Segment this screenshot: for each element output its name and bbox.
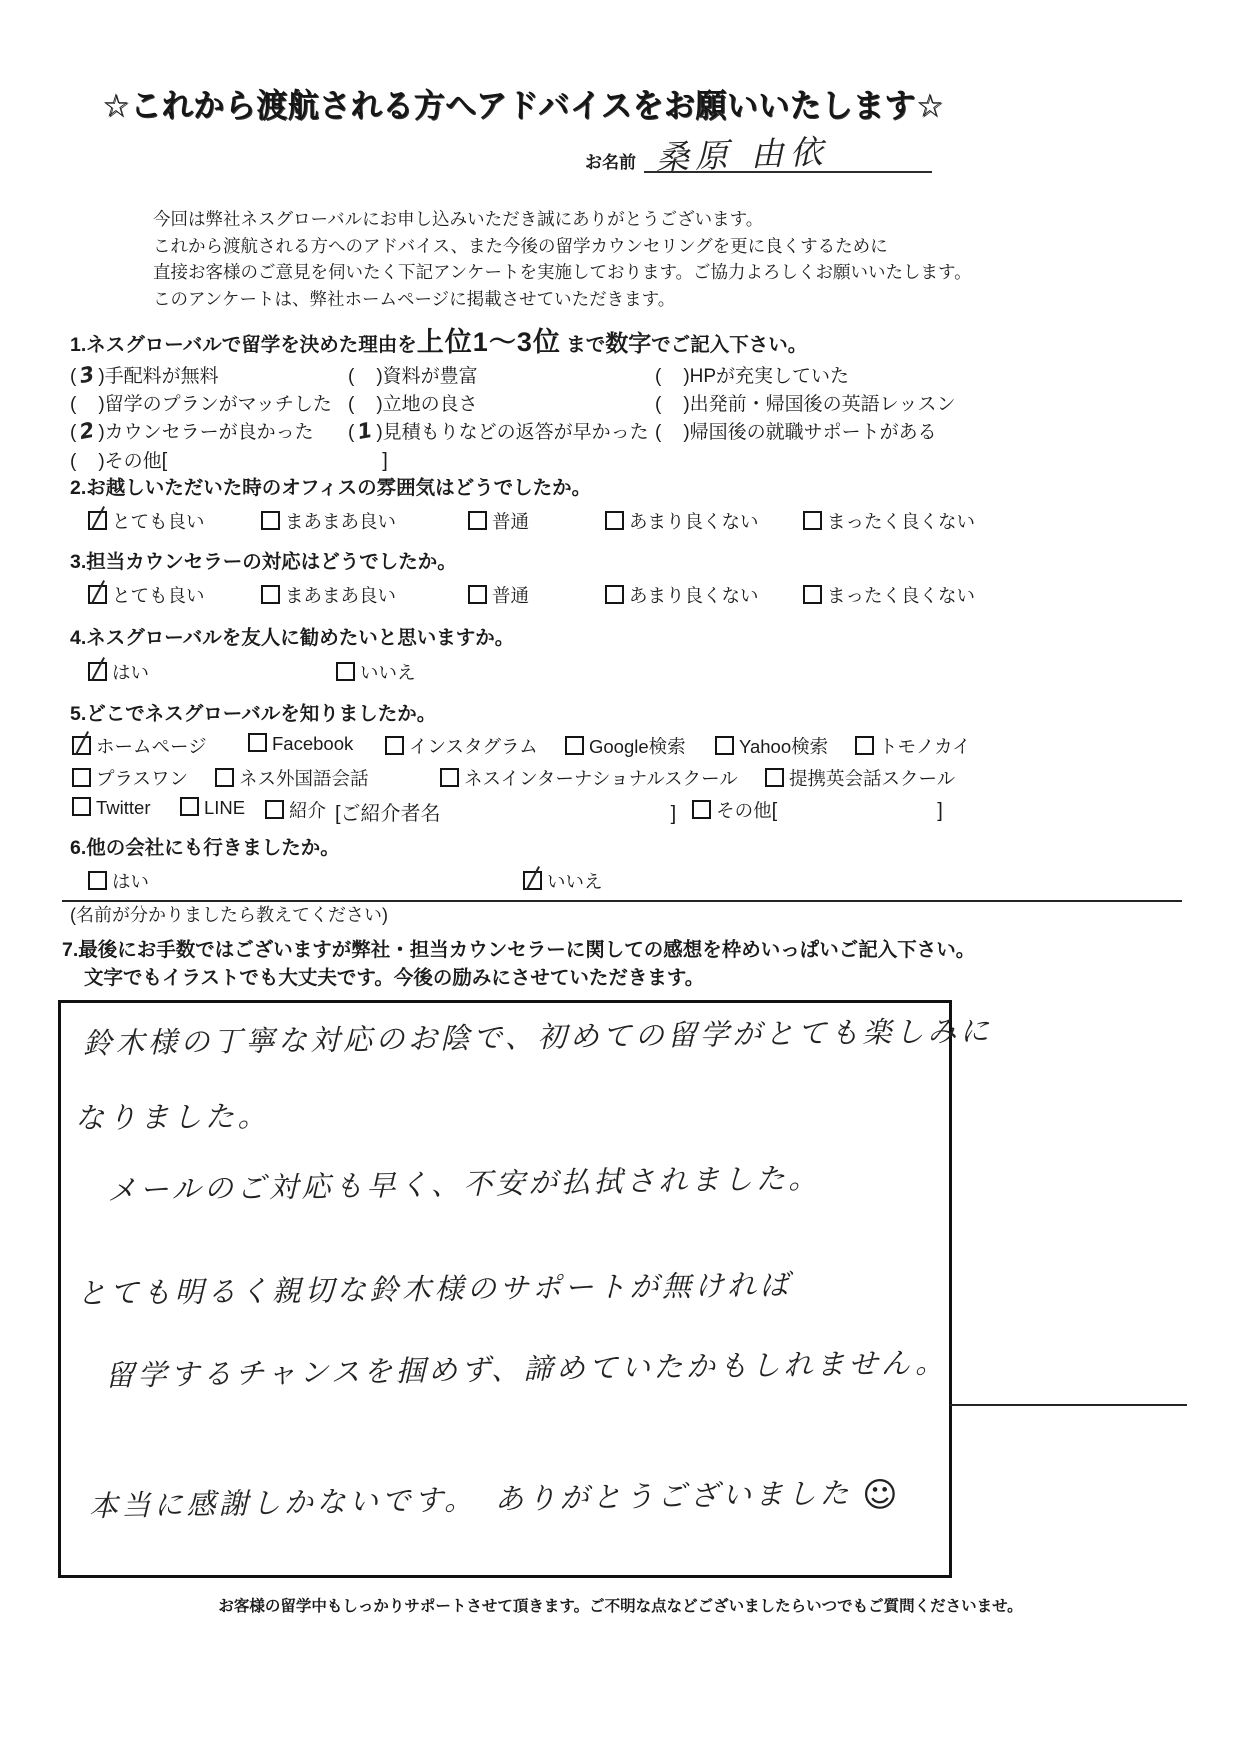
name-row: お名前桑原 由依 [585, 138, 932, 173]
intro-line: 直接お客様のご意見を伺いたく下記アンケートを実施しております。ご協力よろしくお願… [153, 259, 972, 286]
checkbox[interactable] [248, 733, 267, 752]
intro-paragraph: 今回は弊社ネスグローバルにお申し込みいただき誠にありがとうございます。 これから… [153, 206, 972, 312]
checkbox[interactable] [88, 511, 107, 530]
rank-value-input[interactable] [76, 465, 98, 469]
stray-underline [950, 1404, 1187, 1406]
name-label: お名前 [585, 153, 636, 172]
q1-option-label: カウンセラーが良かった [105, 422, 314, 443]
q1-option[interactable]: ()立地の良さ [348, 391, 655, 419]
checkbox-option[interactable]: プラスワン [72, 765, 215, 791]
company-name-input-line[interactable] [62, 900, 1182, 902]
checkbox-option[interactable]: あまり良くない [605, 582, 803, 608]
q1-row-1: (3)手配料が無料 ()資料が豊富 ()HPが充実していた [70, 363, 955, 391]
q5-row-2: プラスワン ネス外国語会話 ネスインターナショナルスクール 提携英会話スクール [70, 765, 971, 791]
checkbox-option[interactable]: まったく良くない [803, 508, 975, 534]
q1-option[interactable]: ()帰国後の就職サポートがある [655, 419, 937, 447]
q1-option[interactable]: (3)手配料が無料 [70, 363, 348, 391]
question-3: 3.担当カウンセラーの対応はどうでしたか。 とても良い まあまあ良い 普通 あま… [70, 546, 975, 608]
q1-option-label: HPが充実していた [690, 366, 849, 387]
checkbox-option[interactable]: とても良い [88, 582, 261, 608]
checkbox-option[interactable]: インスタグラム [385, 733, 565, 759]
handwritten-name: 桑原 由依 [655, 135, 829, 174]
checkbox[interactable] [88, 585, 107, 604]
question-7: 7.最後にお手数ではございますが弊社・担当カウンセラーに関しての感想を枠めいっぱ… [62, 934, 975, 990]
checkbox[interactable] [385, 736, 404, 755]
smiley-face-icon: ☺ [862, 1475, 902, 1516]
checkbox[interactable] [261, 511, 280, 530]
checkbox-option[interactable]: はい [88, 868, 523, 894]
checkbox[interactable] [715, 736, 734, 755]
intro-line: このアンケートは、弊社ホームページに掲載させていただきます。 [153, 286, 972, 313]
rank-value-input[interactable] [354, 380, 376, 384]
checkbox-option[interactable]: Twitter [72, 797, 180, 819]
survey-document: ☆これから渡航される方へアドバイスをお願いいたします☆ お名前桑原 由依 今回は… [0, 0, 1241, 1754]
checkbox[interactable] [336, 662, 355, 681]
handwritten-comment-line: 本当に感謝しかないです。 ありがとうございました☺ [89, 1474, 902, 1531]
checkbox-option[interactable]: いいえ [336, 659, 416, 685]
checkbox[interactable] [215, 768, 234, 787]
q6-note: (名前が分かりましたら教えてください) [70, 901, 603, 927]
q3-title: 3.担当カウンセラーの対応はどうでしたか。 [70, 546, 975, 574]
q7-title-line2: 文字でもイラストでも大丈夫です。今後の励みにさせていただきます。 [62, 962, 975, 990]
checkbox-option[interactable]: 提携英会話スクール [765, 765, 955, 791]
intro-line: 今回は弊社ネスグローバルにお申し込みいただき誠にありがとうございます。 [153, 206, 972, 233]
q1-option-label: 資料が豊富 [383, 366, 478, 387]
rank-value-input[interactable] [76, 408, 98, 412]
checkbox[interactable] [468, 511, 487, 530]
question-5: 5.どこでネスグローバルを知りましたか。 ホームページ Facebook インス… [70, 698, 971, 826]
q1-option-label: 見積もりなどの返答が早かった [383, 422, 649, 443]
q1-title-rank-emphasis: 上位1～3位 [417, 327, 561, 357]
checkbox-option[interactable]: あまり良くない [605, 508, 803, 534]
q2-title: 2.お越しいただいた時のオフィスの雰囲気はどうでしたか。 [70, 472, 975, 500]
checkbox-option[interactable]: Yahoo検索 [715, 733, 855, 759]
rank-value-input[interactable] [354, 408, 376, 412]
checkbox[interactable] [88, 662, 107, 681]
checkbox[interactable] [605, 585, 624, 604]
checkbox-option[interactable]: ホームページ [72, 733, 248, 759]
checkbox[interactable] [261, 585, 280, 604]
checkbox-option[interactable]: 普通 [468, 582, 605, 608]
question-1: 1.ネスグローバルで留学を決めた理由を上位1～3位 まで数字でご記入下さい。 (… [70, 320, 955, 476]
q1-title-number-emphasis: 数字 [605, 330, 651, 356]
question-4: 4.ネスグローバルを友人に勧めたいと思いますか。 はい いいえ [70, 622, 514, 685]
q5-row-3: Twitter LINE 紹介 [ご紹介者名] その他[] [70, 797, 971, 826]
q1-row-3: (2)カウンセラーが良かった (1)見積もりなどの返答が早かった ()帰国後の就… [70, 419, 955, 447]
q1-option[interactable]: (1)見積もりなどの返答が早かった [348, 419, 655, 447]
rank-value-input[interactable] [661, 408, 683, 412]
q1-title: 1.ネスグローバルで留学を決めた理由を上位1～3位 まで数字でご記入下さい。 [70, 320, 955, 359]
q2-options: とても良い まあまあ良い 普通 あまり良くない まったく良くない [70, 508, 975, 534]
checkbox-option[interactable]: ネス外国語会話 [215, 765, 440, 791]
checkbox[interactable] [565, 736, 584, 755]
handwritten-comment-line: メールのご対応も早く、不安が払拭されました。 [107, 1160, 821, 1209]
checkbox[interactable] [468, 585, 487, 604]
checkbox[interactable] [72, 797, 91, 816]
checkbox-option[interactable]: 普通 [468, 508, 605, 534]
checkbox-option[interactable]: その他[] [692, 797, 943, 823]
checkbox-option[interactable]: ネスインターナショナルスクール [440, 765, 765, 791]
q7-title-line1: 7.最後にお手数ではございますが弊社・担当カウンセラーに関しての感想を枠めいっぱ… [62, 934, 975, 962]
q1-option[interactable]: (2)カウンセラーが良かった [70, 419, 348, 447]
checkbox[interactable] [180, 797, 199, 816]
checkbox[interactable] [72, 736, 91, 755]
q1-option-label: 手配料が無料 [105, 366, 219, 387]
checkbox[interactable] [765, 768, 784, 787]
checkbox-option[interactable]: Facebook [248, 733, 385, 755]
checkbox-option[interactable]: とても良い [88, 508, 261, 534]
checkbox[interactable] [692, 800, 711, 819]
rank-value-input[interactable] [661, 380, 683, 384]
checkbox[interactable] [855, 736, 874, 755]
checkbox[interactable] [523, 871, 542, 890]
checkbox-option[interactable]: まあまあ良い [261, 508, 468, 534]
checkbox-option[interactable]: Google検索 [565, 733, 715, 759]
q1-option-label: 帰国後の就職サポートがある [690, 422, 937, 443]
checkbox-option[interactable]: はい [88, 659, 336, 685]
q1-option-label: 留学のプランがマッチした [105, 394, 332, 415]
q1-option-label: 立地の良さ [383, 394, 478, 415]
q1-row-2: ()留学のプランがマッチした ()立地の良さ ()出発前・帰国後の英語レッスン [70, 391, 955, 419]
q1-option[interactable]: ()HPが充実していた [655, 363, 849, 391]
rank-value-input[interactable]: 3 [75, 363, 100, 388]
question-2: 2.お越しいただいた時のオフィスの雰囲気はどうでしたか。 とても良い まあまあ良… [70, 472, 975, 534]
checkbox-option[interactable]: トモノカイ [855, 733, 971, 759]
checkbox[interactable] [265, 800, 284, 819]
q1-option[interactable]: ()留学のプランがマッチした [70, 391, 348, 419]
checkbox[interactable] [88, 871, 107, 890]
q6-title: 6.他の会社にも行きましたか。 [70, 832, 603, 860]
checkbox-option[interactable]: まあまあ良い [261, 582, 468, 608]
referrer-name-field[interactable]: [ご紹介者名] [335, 797, 676, 826]
checkbox-option[interactable]: 紹介 [265, 797, 335, 823]
handwritten-comment-line: なりました。 [75, 1098, 270, 1136]
rank-value-input[interactable]: 1 [353, 419, 378, 444]
q6-options: はい いいえ [70, 868, 603, 894]
comment-box[interactable]: 鈴木様の丁寧な対応のお陰で、初めての留学がとても楽しみに なりました。 メールの… [58, 1000, 952, 1578]
rank-value-input[interactable]: 2 [75, 419, 100, 444]
rank-value-input[interactable] [661, 436, 683, 440]
q1-option[interactable]: ()出発前・帰国後の英語レッスン [655, 391, 955, 419]
q5-row-1: ホームページ Facebook インスタグラム Google検索 Yahoo検索… [70, 733, 971, 759]
handwritten-comment-line: 留学するチャンスを掴めず、諦めていたかもしれません。 [105, 1344, 948, 1393]
question-6: 6.他の会社にも行きましたか。 はい いいえ (名前が分かりましたら教えてくださ… [70, 832, 603, 927]
page-title: ☆これから渡航される方へアドバイスをお願いいたします☆ [102, 79, 944, 126]
q3-options: とても良い まあまあ良い 普通 あまり良くない まったく良くない [70, 582, 975, 608]
checkbox[interactable] [803, 585, 822, 604]
checkbox-option[interactable]: いいえ [523, 868, 603, 894]
q4-options: はい いいえ [70, 659, 514, 685]
q1-option-label: その他 [105, 451, 162, 472]
q4-title: 4.ネスグローバルを友人に勧めたいと思いますか。 [70, 622, 514, 650]
checkbox-option[interactable]: LINE [180, 797, 265, 819]
checkbox-option[interactable]: まったく良くない [803, 582, 975, 608]
intro-line: これから渡航される方へのアドバイス、また今後の留学カウンセリングを更に良くするた… [153, 233, 972, 260]
checkbox[interactable] [803, 511, 822, 530]
handwritten-comment-line: 鈴木様の丁寧な対応のお陰で、初めての留学がとても楽しみに [83, 1013, 993, 1062]
name-input-line[interactable]: 桑原 由依 [644, 138, 932, 173]
q1-option-label: 出発前・帰国後の英語レッスン [690, 394, 956, 415]
handwritten-comment-line: とても明るく親切な鈴木様のサポートが無ければ [77, 1267, 792, 1312]
footer-note: お客様の留学中もしっかりサポートさせて頂きます。ご不明な点などございましたらいつ… [0, 1594, 1241, 1616]
q1-option[interactable]: ()資料が豊富 [348, 363, 655, 391]
checkbox[interactable] [440, 768, 459, 787]
checkbox[interactable] [605, 511, 624, 530]
checkbox[interactable] [72, 768, 91, 787]
q5-title: 5.どこでネスグローバルを知りましたか。 [70, 698, 971, 726]
